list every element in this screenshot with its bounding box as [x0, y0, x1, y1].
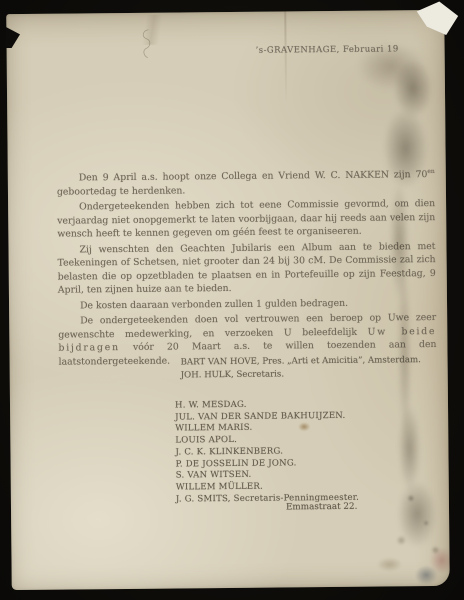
paragraph-1-cont: geboortedag te herdenken. [57, 185, 185, 197]
ordinal-superscript: en [427, 168, 434, 175]
letter-body: Den 9 April a.s. hoopt onze Collega en V… [57, 168, 437, 371]
paragraph-2: Ondergeteekenden hebben zich tot eene Co… [57, 197, 435, 241]
letter-paper: ’s-GRAVENHAGE, Februari 19 Den 9 April a… [6, 10, 450, 590]
signature-line: BART VAN HOVE, Pres. „Arti et Amicitia”,… [181, 354, 421, 369]
stain-pink-spot [429, 547, 449, 574]
paragraph-1: Den 9 April a.s. hoopt onze Collega en V… [57, 168, 435, 199]
stain-cluster-bottom-right [349, 468, 450, 581]
photo-backdrop: ’s-GRAVENHAGE, Februari 19 Den 9 April a… [0, 0, 464, 600]
stain-top-right [328, 18, 447, 115]
stain-blue-spot [415, 565, 438, 585]
pencil-squiggle-mark [134, 27, 160, 61]
fold-crease-vertical [284, 11, 287, 103]
paragraph-3: Zij wenschten den Geachten Jubilaris een… [57, 240, 436, 298]
paragraph-1-text: Den 9 April a.s. hoopt onze Collega en V… [79, 169, 428, 183]
address-line: Emmastraat 22. [286, 502, 358, 513]
signature-line: JOH. HULK, Secretaris. [181, 367, 421, 382]
paragraph-4: De kosten daaraan verbonden zullen 1 gul… [58, 296, 436, 313]
dateline: ’s-GRAVENHAGE, Februari 19 [256, 44, 399, 55]
signature-block: BART VAN HOVE, Pres. „Arti et Amicitia”,… [181, 354, 422, 382]
committee-list: H. W. MESDAG. JUL. VAN DER SANDE BAKHUIJ… [175, 399, 359, 506]
committee-member: JUL. VAN DER SANDE BAKHUIJZEN. [175, 410, 358, 423]
